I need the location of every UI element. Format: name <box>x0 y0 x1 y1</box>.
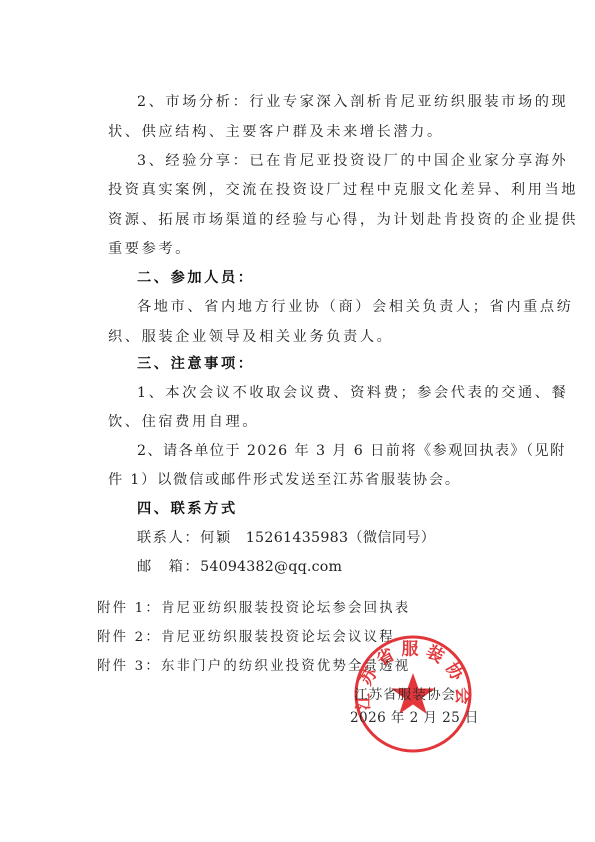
document-page: 2、市场分析：行业专家深入剖析肯尼亚纺织服装市场的现 状、供应结构、主要客户群及… <box>0 0 595 842</box>
body-line-experience-sharing-cont-3: 重要参考。 <box>108 240 192 258</box>
attachment-3-label: 附件 3： <box>97 659 161 674</box>
section-heading-participants: 二、参加人员： <box>137 269 255 287</box>
email-line: 邮 箱：54094382@qq.com <box>137 558 342 576</box>
body-line-experience-sharing: 3、经验分享：已在肯尼亚投资设厂的中国企业家分享海外 <box>137 152 568 170</box>
signature-organization: 江苏省服装协会 <box>354 686 456 704</box>
signature-date: 2026 年 2 月 25 日 <box>350 709 479 727</box>
section-heading-notes: 三、注意事项： <box>137 355 255 373</box>
email-label: 邮 箱： <box>137 559 200 575</box>
attachment-1-label: 附件 1： <box>97 601 161 616</box>
participants-line-2: 织、服装企业领导及相关业务负责人。 <box>108 328 393 346</box>
body-line-market-analysis-cont: 状、供应结构、主要客户群及未来增长潜力。 <box>108 123 444 141</box>
email-address[interactable]: 54094382@qq.com <box>200 559 342 575</box>
attachment-1: 附件 1：肯尼亚纺织服装投资论坛参会回执表 <box>97 600 410 618</box>
section-heading-contact: 四、联系方式 <box>137 500 238 518</box>
attachment-2: 附件 2：肯尼亚纺织服装投资论坛会议议程 <box>97 629 395 647</box>
attachment-2-label: 附件 2： <box>97 630 161 645</box>
notes-line-2: 饮、住宿费用自理。 <box>108 413 259 431</box>
notes-line-3: 2、请各单位于 2026 年 3 月 6 日前将《参观回执表》（见附 <box>137 442 566 460</box>
participants-line-1: 各地市、省内地方行业协（商）会相关负责人；省内重点纺 <box>137 298 573 316</box>
contact-label: 联系人： <box>137 530 200 546</box>
notes-line-1: 1、本次会议不收取会议费、资料费；参会代表的交通、餐 <box>137 384 568 402</box>
body-line-experience-sharing-cont-1: 投资真实案例，交流在投资设厂过程中克服文化差异、利用当地 <box>108 181 578 199</box>
body-line-market-analysis: 2、市场分析：行业专家深入剖析肯尼亚纺织服装市场的现 <box>137 93 568 111</box>
contact-person-line: 联系人：何颖15261435983（微信同号） <box>137 529 435 547</box>
contact-phone: 15261435983（微信同号） <box>246 530 436 546</box>
attachment-1-title: 肯尼亚纺织服装投资论坛参会回执表 <box>161 601 410 616</box>
notes-line-4: 件 1）以微信或邮件形式发送至江苏省服装协会。 <box>108 471 461 489</box>
contact-name: 何颖 <box>200 530 232 546</box>
body-line-experience-sharing-cont-2: 资源、拓展市场渠道的经验与心得，为计划赴肯投资的企业提供 <box>108 211 578 229</box>
